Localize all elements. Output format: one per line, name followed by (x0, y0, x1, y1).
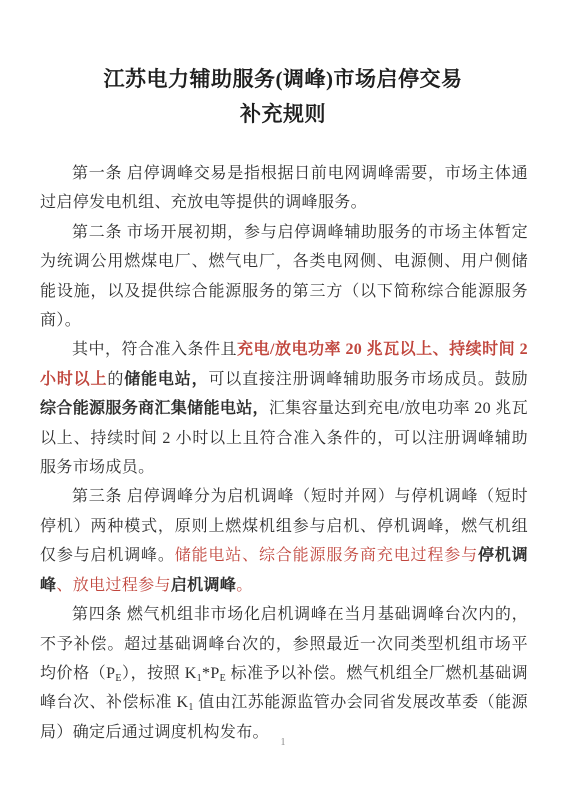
body-text: 第二条 市场开展初期，参与启停调峰辅助服务的市场主体暂定为统调公用燃煤电厂、燃气… (40, 224, 528, 329)
bold-text: 启机调峰 (171, 577, 236, 594)
body-text: 的 (107, 371, 124, 388)
body-text: *P (202, 665, 220, 682)
body-text: 可以直接注册调峰辅助服务市场成员。鼓励 (208, 371, 528, 388)
body-text: ），按照 K (122, 665, 197, 682)
body-text: 其中，符合准入条件且 (72, 341, 237, 358)
paragraph-4: 第三条 启停调峰分为启机调峰（短时并网）与停机调峰（短时停机）两种模式，原则上燃… (40, 482, 528, 600)
paragraph-2: 第二条 市场开展初期，参与启停调峰辅助服务的市场主体暂定为统调公用燃煤电厂、燃气… (40, 218, 528, 336)
document-body: 第一条 启停调峰交易是指根据日前电网调峰需要，市场主体通过启停发电机组、充放电等… (40, 159, 528, 747)
body-text: 第一条 启停调峰交易是指根据日前电网调峰需要，市场主体通过启停发电机组、充放电等… (40, 165, 528, 211)
red-text: 储能电站、综合能源服务商充电过程参与 (175, 547, 478, 564)
red-text: 。 (236, 577, 252, 594)
paragraph-1: 第一条 启停调峰交易是指根据日前电网调峰需要，市场主体通过启停发电机组、充放电等… (40, 159, 528, 218)
document-title-line2: 补充规则 (0, 97, 566, 132)
paragraph-5: 第四条 燃气机组非市场化启机调峰在当月基础调峰台次内的，不予补偿。超过基础调峰台… (40, 600, 528, 747)
red-text: 、放电过程参与 (56, 577, 170, 594)
document-title-line1: 江苏电力辅助服务(调峰)市场启停交易 (0, 62, 566, 97)
document-title: 江苏电力辅助服务(调峰)市场启停交易 补充规则 (0, 62, 566, 132)
paragraph-3: 其中，符合准入条件且充电/放电功率 20 兆瓦以上、持续时间 2 小时以上的储能… (40, 335, 528, 482)
bold-text: 储能电站， (124, 371, 208, 388)
bold-text: 综合能源服务商汇集储能电站， (40, 400, 269, 417)
page-number: 1 (0, 737, 566, 748)
document-page: 江苏电力辅助服务(调峰)市场启停交易 补充规则 第一条 启停调峰交易是指根据日前… (0, 0, 566, 800)
